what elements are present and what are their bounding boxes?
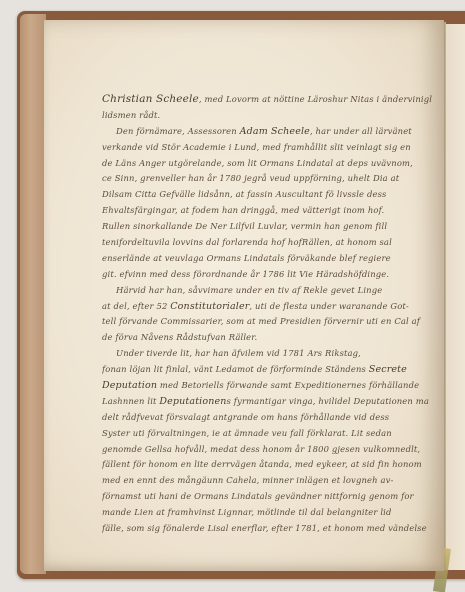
manuscript-line: tell förvande Commissarier, som at med P…	[102, 314, 432, 330]
manuscript-line: Dilsam Citta Gefvälle lidsånn, at fassin…	[102, 187, 432, 203]
manuscript-line: Lashnnen lit Deputationens fyrmantigar v…	[102, 394, 432, 410]
manuscript-line: Under tiverde lit, har han äfvilem vid 1…	[102, 346, 432, 362]
manuscript-line: at del, efter 52 Constitutorialer, uti d…	[102, 299, 432, 315]
emphasized-name: Deputation	[102, 380, 157, 391]
manuscript-line: enserlände at veuvlaga Ormans Lindatals …	[102, 251, 432, 267]
manuscript-line: Rullen sinorkallande De Ner Lilfvil Luvl…	[102, 219, 432, 235]
manuscript-line: de förva Nåvens Rådstufvan Räller.	[102, 330, 432, 346]
manuscript-line: genomde Gellsa hofvåll, medat dess honom…	[102, 442, 432, 458]
manuscript-line: de Läns Anger utgörelande, som lit Orman…	[102, 156, 432, 172]
manuscript-text: Christian Scheele, med Lovorm at nöttine…	[102, 92, 432, 537]
manuscript-line: mande Lien at framhvinst Lignnar, mötlin…	[102, 505, 432, 521]
manuscript-line: Christian Scheele, med Lovorm at nöttine…	[102, 92, 432, 108]
manuscript-line: fälle, som sig fönalerde Lisal enerflar,…	[102, 521, 432, 537]
manuscript-line: Deputation med Betoriells förwande samt …	[102, 378, 432, 394]
book-cover-edge	[20, 14, 46, 574]
manuscript-line: Ehvaltsfärgingar, at fodem han dringgå, …	[102, 203, 432, 219]
manuscript-line: verkande vid Stör Academie i Lund, med f…	[102, 140, 432, 156]
manuscript-line: fällent för honom en lite derrvägen åtan…	[102, 457, 432, 473]
manuscript-line: tenifordeltuvila lovvins dal forlarenda …	[102, 235, 432, 251]
manuscript-line: delt rådfvevat försvalagt antgrande om h…	[102, 410, 432, 426]
manuscript-line: förnamst uti hani de Ormans Lindatals ge…	[102, 489, 432, 505]
manuscript-line: med en ennt des mångäunn Cahela, minner …	[102, 473, 432, 489]
manuscript-line: lidsmen rådt.	[102, 108, 432, 124]
emphasized-name: Christian Scheele	[102, 93, 199, 105]
emphasized-name: Deputationen	[159, 396, 226, 407]
facing-page-edge	[446, 24, 465, 570]
manuscript-line: ce Sinn, grenveller han år 1780 jegrå ve…	[102, 171, 432, 187]
manuscript-line: git. efvinn med dess förordnande år 1786…	[102, 267, 432, 283]
manuscript-line: Syster uti förvaltningen, ie at ämnade v…	[102, 426, 432, 442]
emphasized-name: Secrete	[369, 364, 407, 375]
manuscript-line: fonan löjan lit finlal, vänt Ledamot de …	[102, 362, 432, 378]
emphasized-name: Adam Scheele	[240, 126, 310, 137]
emphasized-name: Constitutorialer	[170, 301, 249, 312]
manuscript-line: Härvid har han, såvvimare under en tiv a…	[102, 283, 432, 299]
manuscript-line: Den förnämare, Assessoren Adam Scheele, …	[102, 124, 432, 140]
